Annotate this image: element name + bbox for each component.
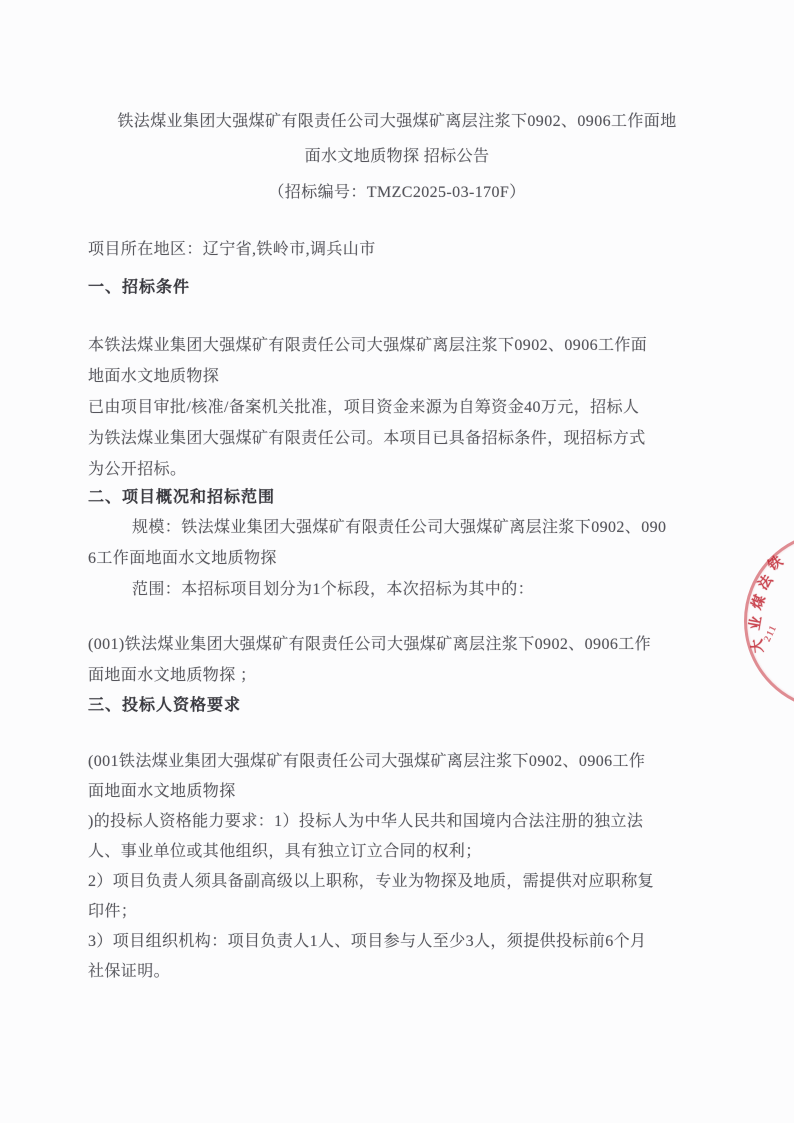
tender-number: （招标编号：TMZC2025-03-170F） bbox=[0, 183, 794, 203]
paragraph-line: 社保证明。 bbox=[88, 962, 170, 982]
paragraph-line: 2）项目负责人须具备副高级以上职称，专业为物探及地质，需提供对应职称复 bbox=[88, 872, 654, 892]
section-3-heading: 三、投标人资格要求 bbox=[88, 696, 241, 716]
paragraph-line: 地面水文地质物探 bbox=[88, 367, 219, 387]
paragraph-line: 印件； bbox=[88, 902, 137, 922]
scanned-document-page: 铁法煤业集团大强煤矿有限责任公司大强煤矿离层注浆下0902、0906工作面地 面… bbox=[0, 0, 794, 1123]
paragraph-line: 为公开招标。 bbox=[88, 460, 186, 480]
paragraph-line: 6工作面地面水文地质物探 bbox=[88, 549, 277, 569]
location-line: 项目所在地区：辽宁省,铁岭市,调兵山市 bbox=[88, 240, 376, 260]
paragraph-line: (001铁法煤业集团大强煤矿有限责任公司大强煤矿离层注浆下0902、0906工作 bbox=[88, 752, 645, 772]
paragraph-line: 面地面水文地质物探 ； bbox=[88, 666, 256, 686]
scope-line: 范围：本招标项目划分为1个标段，本次招标为其中的： bbox=[132, 580, 534, 600]
document-title-line-2: 面水文地质物探 招标公告 bbox=[0, 147, 794, 167]
lot-line: (001)铁法煤业集团大强煤矿有限责任公司大强煤矿离层注浆下0902、0906工… bbox=[88, 635, 651, 655]
scale-line: 规模：铁法煤业集团大强煤矿有限责任公司大强煤矿离层注浆下0902、090 bbox=[132, 518, 666, 538]
section-1-heading: 一、招标条件 bbox=[88, 278, 190, 298]
paragraph-line: 面地面水文地质物探 bbox=[88, 782, 236, 802]
paragraph-line: 为铁法煤业集团大强煤矿有限责任公司。本项目已具备招标条件，现招标方式 bbox=[88, 429, 646, 449]
paragraph-line: 3）项目组织机构：项目负责人1人、项目参与人至少3人，须提供投标前6个月 bbox=[88, 932, 646, 952]
paragraph-line: 本铁法煤业集团大强煤矿有限责任公司大强煤矿离层注浆下0902、0906工作面 bbox=[88, 336, 647, 356]
section-2-heading: 二、项目概况和招标范围 bbox=[88, 488, 275, 508]
paragraph-line: 人、事业单位或其他组织，具有独立订立合同的权利； bbox=[88, 842, 482, 862]
paragraph-line: )的投标人资格能力要求：1）投标人为中华人民共和国境内合法注册的独立法 bbox=[88, 812, 643, 832]
document-title-line-1: 铁法煤业集团大强煤矿有限责任公司大强煤矿离层注浆下0902、0906工作面地 bbox=[0, 112, 794, 132]
paragraph-line: 已由项目审批/核准/备案机关批准，项目资金来源为自筹资金40万元，招标人 bbox=[88, 398, 639, 418]
